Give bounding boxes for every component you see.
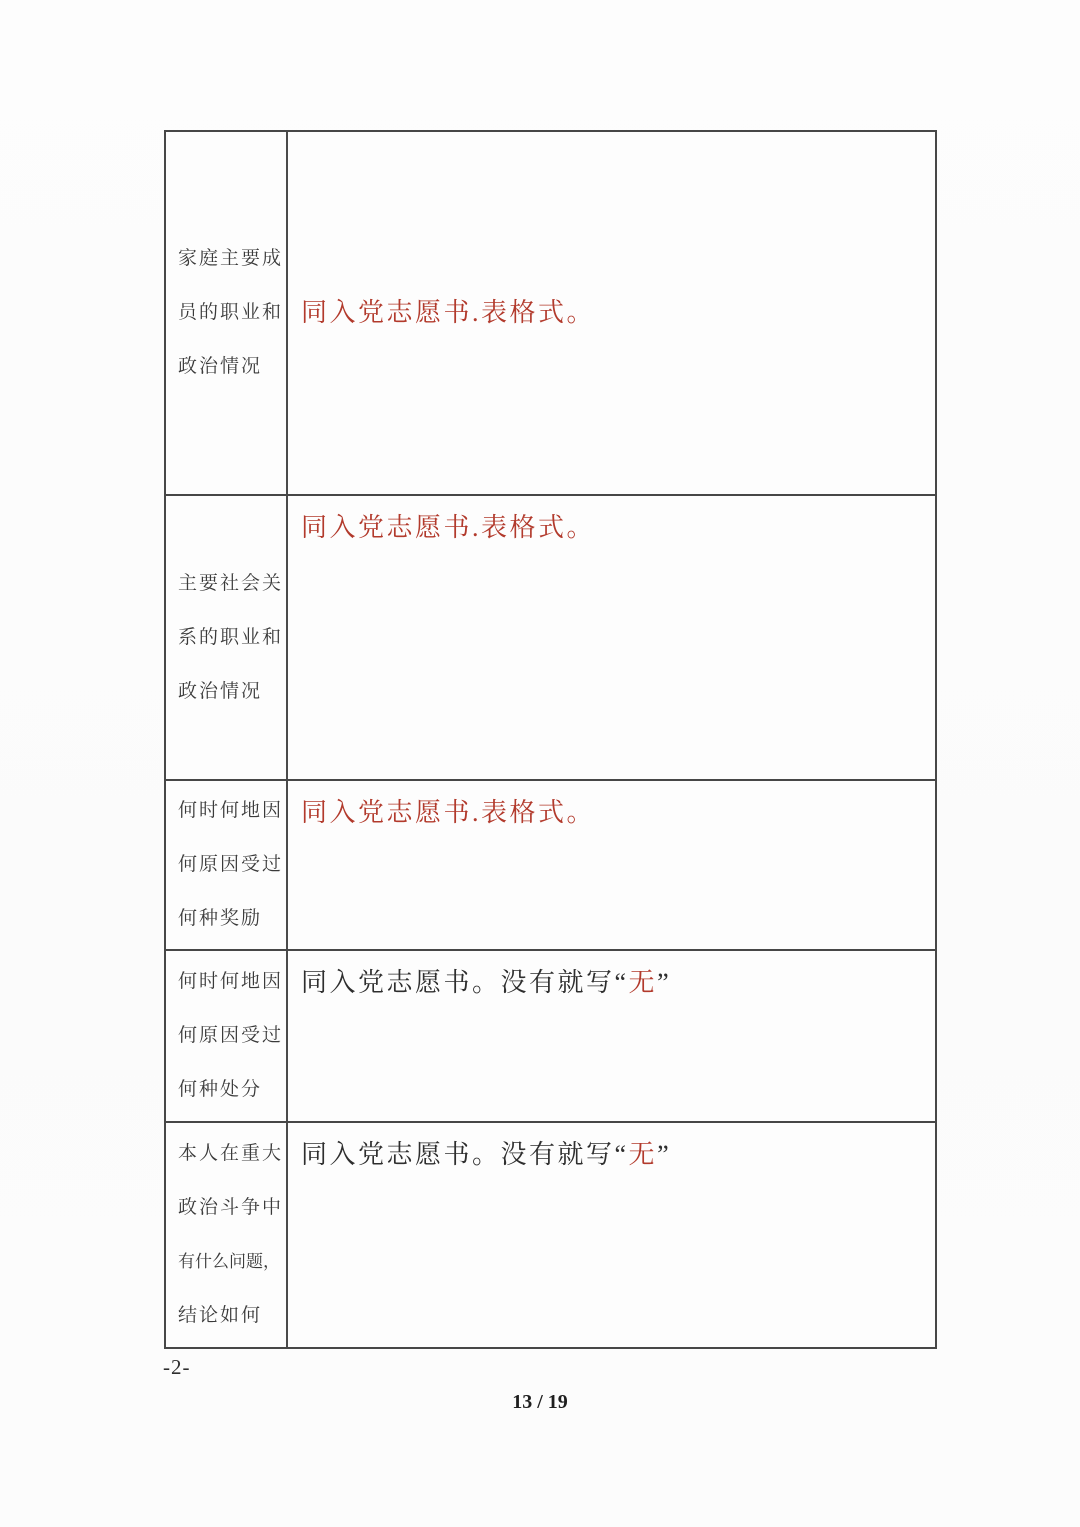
table-row: 主要社会关 系的职业和 政治情况 同入党志愿书.表格式。: [166, 496, 935, 781]
table-row: 本人在重大 政治斗争中 有什么问题， 结论如何 同入党志愿书。没有就写“无”: [166, 1123, 935, 1347]
content-text: ”: [657, 968, 671, 997]
label-line: 系的职业和: [178, 611, 284, 665]
section-footnote: -2-: [163, 1355, 191, 1380]
label-line: 何原因受过: [178, 838, 284, 892]
row-content: 同入党志愿书.表格式。: [288, 496, 935, 779]
label-line: 何时何地因: [178, 784, 284, 838]
label-line: 家庭主要成: [178, 232, 284, 286]
row-content: 同入党志愿书.表格式。: [288, 781, 935, 949]
label-line: 政治情况: [178, 665, 284, 719]
row-label: 何时何地因 何原因受过 何种奖励: [166, 781, 288, 949]
row-content: 同入党志愿书。没有就写“无”: [288, 951, 935, 1121]
content-text-highlight: 无: [629, 968, 658, 997]
party-application-guide-table: 家庭主要成 员的职业和 政治情况 同入党志愿书.表格式。 主要社会关 系的职业和…: [164, 130, 937, 1349]
row-content: 同入党志愿书。没有就写“无”: [288, 1123, 935, 1347]
table-row: 何时何地因 何原因受过 何种处分 同入党志愿书。没有就写“无”: [166, 951, 935, 1123]
row-content: 同入党志愿书.表格式。: [288, 132, 935, 494]
row-label: 何时何地因 何原因受过 何种处分: [166, 951, 288, 1121]
content-text-highlight: 无: [629, 1140, 658, 1169]
page-number: 13 / 19: [0, 1391, 1080, 1414]
table-row: 家庭主要成 员的职业和 政治情况 同入党志愿书.表格式。: [166, 132, 935, 496]
table-row: 何时何地因 何原因受过 何种奖励 同入党志愿书.表格式。: [166, 781, 935, 951]
label-line: 政治情况: [178, 340, 284, 394]
label-line: 主要社会关: [178, 557, 284, 611]
content-text: 同入党志愿书.表格式。: [301, 293, 595, 333]
content-text: 同入党志愿书。没有就写“: [301, 1140, 629, 1169]
label-line: 本人在重大: [178, 1127, 284, 1181]
label-line: 何原因受过: [178, 1009, 284, 1063]
content-text: 同入党志愿书.表格式。: [301, 798, 595, 827]
document-page: 家庭主要成 员的职业和 政治情况 同入党志愿书.表格式。 主要社会关 系的职业和…: [0, 0, 1080, 1527]
label-line: 政治斗争中: [178, 1181, 284, 1235]
content-text: 同入党志愿书.表格式。: [301, 513, 595, 542]
row-label: 家庭主要成 员的职业和 政治情况: [166, 132, 288, 494]
row-label: 主要社会关 系的职业和 政治情况: [166, 496, 288, 779]
row-label: 本人在重大 政治斗争中 有什么问题， 结论如何: [166, 1123, 288, 1347]
label-line: 有什么问题，: [178, 1235, 284, 1289]
label-line: 何时何地因: [178, 955, 284, 1009]
label-line: 何种处分: [178, 1063, 284, 1117]
content-text: ”: [657, 1140, 671, 1169]
label-line: 员的职业和: [178, 286, 284, 340]
label-line: 何种奖励: [178, 892, 284, 946]
label-line: 结论如何: [178, 1289, 284, 1343]
content-text: 同入党志愿书。没有就写“: [301, 968, 629, 997]
